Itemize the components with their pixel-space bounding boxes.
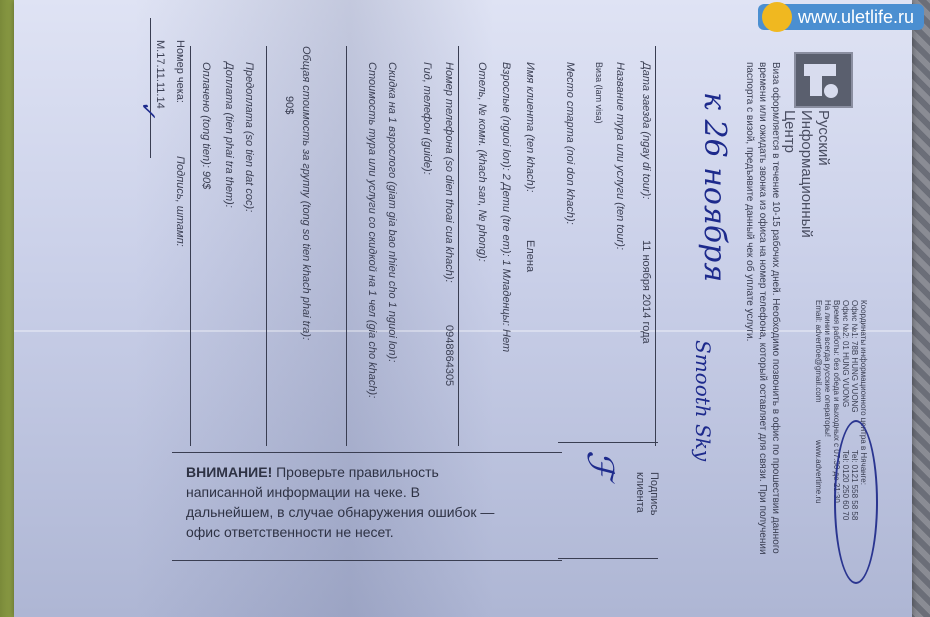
email: Email: advertfoe@gmail.com <box>814 300 823 402</box>
receipt-number-label: Номер чека: <box>174 40 186 103</box>
company-name-1: Русский <box>815 110 832 166</box>
client-signature-label: Подпись <box>648 472 660 516</box>
field-label: Отель, № комн. (khach san, № phong): <box>476 62 488 262</box>
field-label: Оплачено (tong tien): 90$ <box>200 62 212 189</box>
field-label: Имя клиента (ten khach): <box>524 62 536 192</box>
pen-circle <box>834 420 878 584</box>
field-label: Взрослые (nguoi lon): 2 Дети (tre em): 1… <box>500 62 512 352</box>
client-signature: ℱ <box>579 450 620 478</box>
watermark: www.uletlife.ru <box>758 4 924 30</box>
field-label: Дата заезда (ngay di tour): <box>640 62 652 199</box>
field-label: Номер телефона (so dien thoai cua khach)… <box>443 62 455 283</box>
checkmark: ✓ <box>135 100 160 118</box>
warning-title: ВНИМАНИЕ! <box>186 464 272 480</box>
field-label: Предоплата (so tien dat coc): <box>243 62 255 212</box>
operators: На линии всегда русские операторы! <box>823 300 832 437</box>
field-label: Название тура или услуги (ten tour): <box>614 62 626 250</box>
field-value: Елена <box>524 240 536 272</box>
field-label: Гид, телефон (guide): <box>421 62 433 175</box>
receipt-number-value: М.17.11.11.14 <box>154 40 166 109</box>
divider <box>172 560 562 561</box>
site: www.advertime.ru <box>814 440 823 504</box>
handwritten-date: к 26 ноября <box>697 92 732 282</box>
company-name-2: Информационный <box>798 110 815 238</box>
divider <box>346 46 347 446</box>
handwritten-company: Smooth Sky <box>691 340 715 461</box>
divider <box>558 442 658 443</box>
field-label: Место старта (noi don khach): <box>564 62 576 225</box>
visa-notice: Виза оформляется в течение 10-15 рабочих… <box>743 62 782 562</box>
watermark-text: www.uletlife.ru <box>798 7 914 27</box>
office2: Офис №2: 01 HUNG VUONG <box>841 300 850 407</box>
divider <box>266 46 267 446</box>
divider <box>558 558 658 559</box>
field-value: 11 ноября 2014 года <box>640 240 652 344</box>
field-label: Виза (lam visa) <box>594 62 604 124</box>
client-signature-label: клиента <box>634 472 646 513</box>
divider <box>172 452 562 453</box>
divider <box>190 46 191 446</box>
field-label: Доплата (tien phai tra them): <box>223 62 235 208</box>
company-name-3: Центр <box>781 110 798 153</box>
field-label: Общая стоимость за группу (tong so tien … <box>300 46 312 340</box>
divider <box>150 18 151 158</box>
warning-box: ВНИМАНИЕ! Проверьте правильность написан… <box>186 462 506 542</box>
divider <box>458 46 459 446</box>
field-value: 90$ <box>283 96 295 114</box>
office1: Офис №1: 78В HUNG VUONG <box>850 300 859 413</box>
signature-label: Подпись, штамп: <box>174 156 186 247</box>
field-label: Скидка на 1 взрослого (giam gia bao nhie… <box>386 62 398 362</box>
field-value: 0948864305 <box>443 325 455 386</box>
divider <box>655 46 656 446</box>
palm-logo-icon <box>762 2 792 32</box>
field-label: Стоимость тура или услуги со скидкой на … <box>366 62 378 398</box>
info-i-icon <box>794 52 853 108</box>
